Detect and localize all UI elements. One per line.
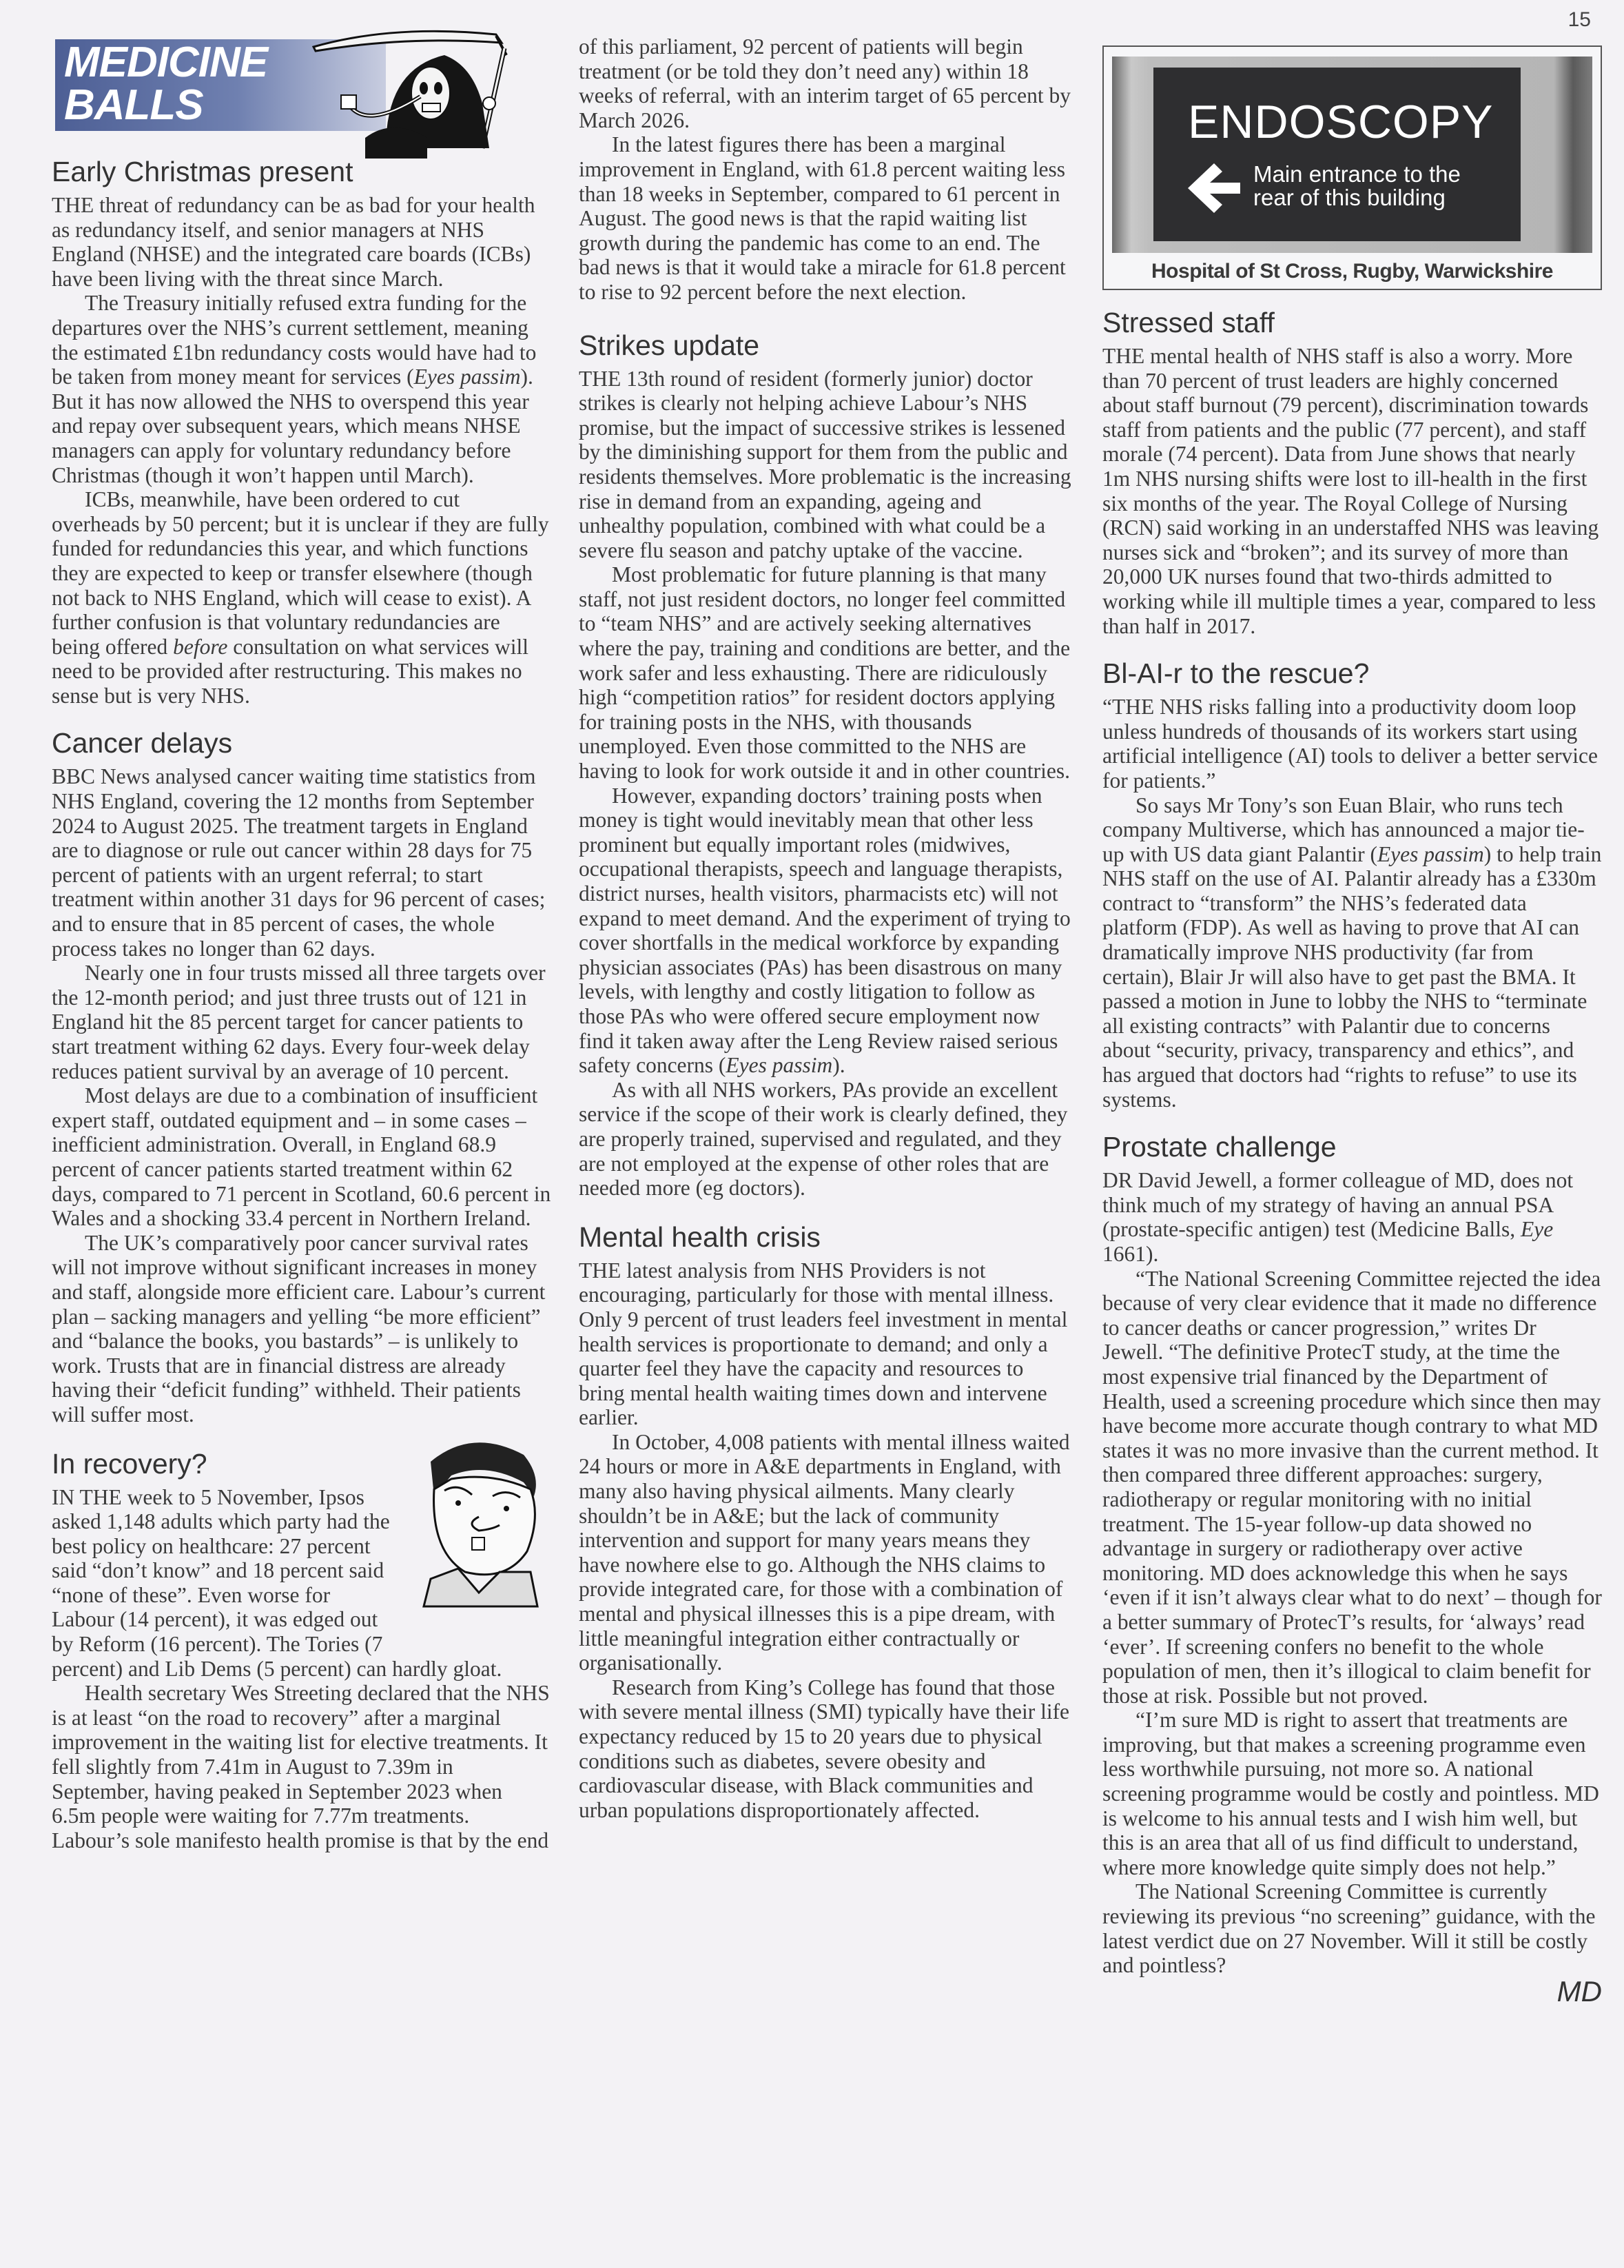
paragraph: DR David Jewell, a former colleague of M…: [1102, 1168, 1602, 1266]
section-mental-health-crisis: Mental health crisis THE latest analysis…: [579, 1221, 1071, 1823]
section-cancer-delays: Cancer delays BBC News analysed cancer w…: [52, 727, 551, 1427]
section-early-christmas-present: Early Christmas present THE threat of re…: [52, 156, 551, 708]
banner-title-line1: MEDICINE: [64, 41, 267, 84]
paragraph: ICBs, meanwhile, have been ordered to cu…: [52, 487, 551, 708]
author-signoff: MD: [1102, 1975, 1602, 2008]
paragraph: THE mental health of NHS staff is also a…: [1102, 344, 1602, 638]
section-stressed-staff: Stressed staff THE mental health of NHS …: [1102, 307, 1602, 638]
caricature-icon: [403, 1434, 555, 1613]
sign-text: Main entrance to the rear of this buildi…: [1253, 163, 1461, 210]
paragraph: The Treasury initially refused extra fun…: [52, 291, 551, 487]
paragraph: THE latest analysis from NHS Providers i…: [579, 1258, 1071, 1430]
paragraph: “THE NHS risks falling into a productivi…: [1102, 695, 1602, 793]
section-blair-to-the-rescue: Bl-AI-r to the rescue? “THE NHS risks fa…: [1102, 657, 1602, 1112]
paragraph: BBC News analysed cancer waiting time st…: [52, 764, 551, 961]
paragraph: THE threat of redundancy can be as bad f…: [52, 193, 551, 291]
paragraph: So says Mr Tony’s son Euan Blair, who ru…: [1102, 793, 1602, 1112]
paragraph: Most delays are due to a combination of …: [52, 1083, 551, 1231]
paragraph: THE 13th round of resident (formerly jun…: [579, 367, 1071, 563]
section-heading: Early Christmas present: [52, 156, 551, 187]
endoscopy-sign-photo: ENDOSCOPY Main entrance to the rear of t…: [1112, 57, 1592, 253]
photo-caption: Hospital of St Cross, Rugby, Warwickshir…: [1112, 260, 1592, 283]
paragraph: “The National Screening Committee reject…: [1102, 1267, 1602, 1708]
column-1: MEDICINE BALLS Early Christmas present T…: [52, 28, 551, 1852]
section-in-recovery: In recovery? IN THE week to 5 November, …: [52, 1448, 551, 1853]
paragraph: In the latest figures there has been a m…: [579, 132, 1071, 304]
section-heading: Cancer delays: [52, 727, 551, 759]
paragraph: “I’m sure MD is right to assert that tre…: [1102, 1708, 1602, 1879]
paragraph: Nearly one in four trusts missed all thr…: [52, 961, 551, 1083]
banner-title: MEDICINE BALLS: [64, 41, 267, 127]
paragraph: Research from King’s College has found t…: [579, 1675, 1071, 1823]
endoscopy-sign: ENDOSCOPY Main entrance to the rear of t…: [1153, 68, 1521, 241]
section-heading: Mental health crisis: [579, 1221, 1071, 1253]
medicine-balls-banner: MEDICINE BALLS: [52, 28, 551, 152]
grim-reaper-icon: [282, 28, 548, 159]
column-3: ENDOSCOPY Main entrance to the rear of t…: [1102, 28, 1602, 2008]
paragraph: However, expanding doctors’ training pos…: [579, 784, 1071, 1078]
section-heading: Stressed staff: [1102, 307, 1602, 338]
section-strikes-update: Strikes update THE 13th round of residen…: [579, 329, 1071, 1201]
photo-box: ENDOSCOPY Main entrance to the rear of t…: [1102, 45, 1602, 290]
paragraph: Health secretary Wes Streeting declared …: [52, 1681, 551, 1852]
section-heading: Bl-AI-r to the rescue?: [1102, 657, 1602, 689]
column-2: of this parliament, 92 percent of patien…: [579, 28, 1071, 1822]
paragraph: The National Screening Committee is curr…: [1102, 1879, 1602, 1977]
paragraph-continued: of this parliament, 92 percent of patien…: [579, 34, 1071, 132]
section-heading: Prostate challenge: [1102, 1131, 1602, 1163]
paragraph: In October, 4,008 patients with mental i…: [579, 1430, 1071, 1675]
section-prostate-challenge: Prostate challenge DR David Jewell, a fo…: [1102, 1131, 1602, 2008]
arrow-left-icon: [1186, 159, 1242, 214]
paragraph: As with all NHS workers, PAs provide an …: [579, 1078, 1071, 1201]
paragraph: The UK’s comparatively poor cancer survi…: [52, 1231, 551, 1427]
sign-title: ENDOSCOPY: [1188, 95, 1494, 149]
paragraph: Most problematic for future planning is …: [579, 562, 1071, 783]
section-heading: Strikes update: [579, 329, 1071, 361]
banner-title-line2: BALLS: [64, 84, 267, 127]
